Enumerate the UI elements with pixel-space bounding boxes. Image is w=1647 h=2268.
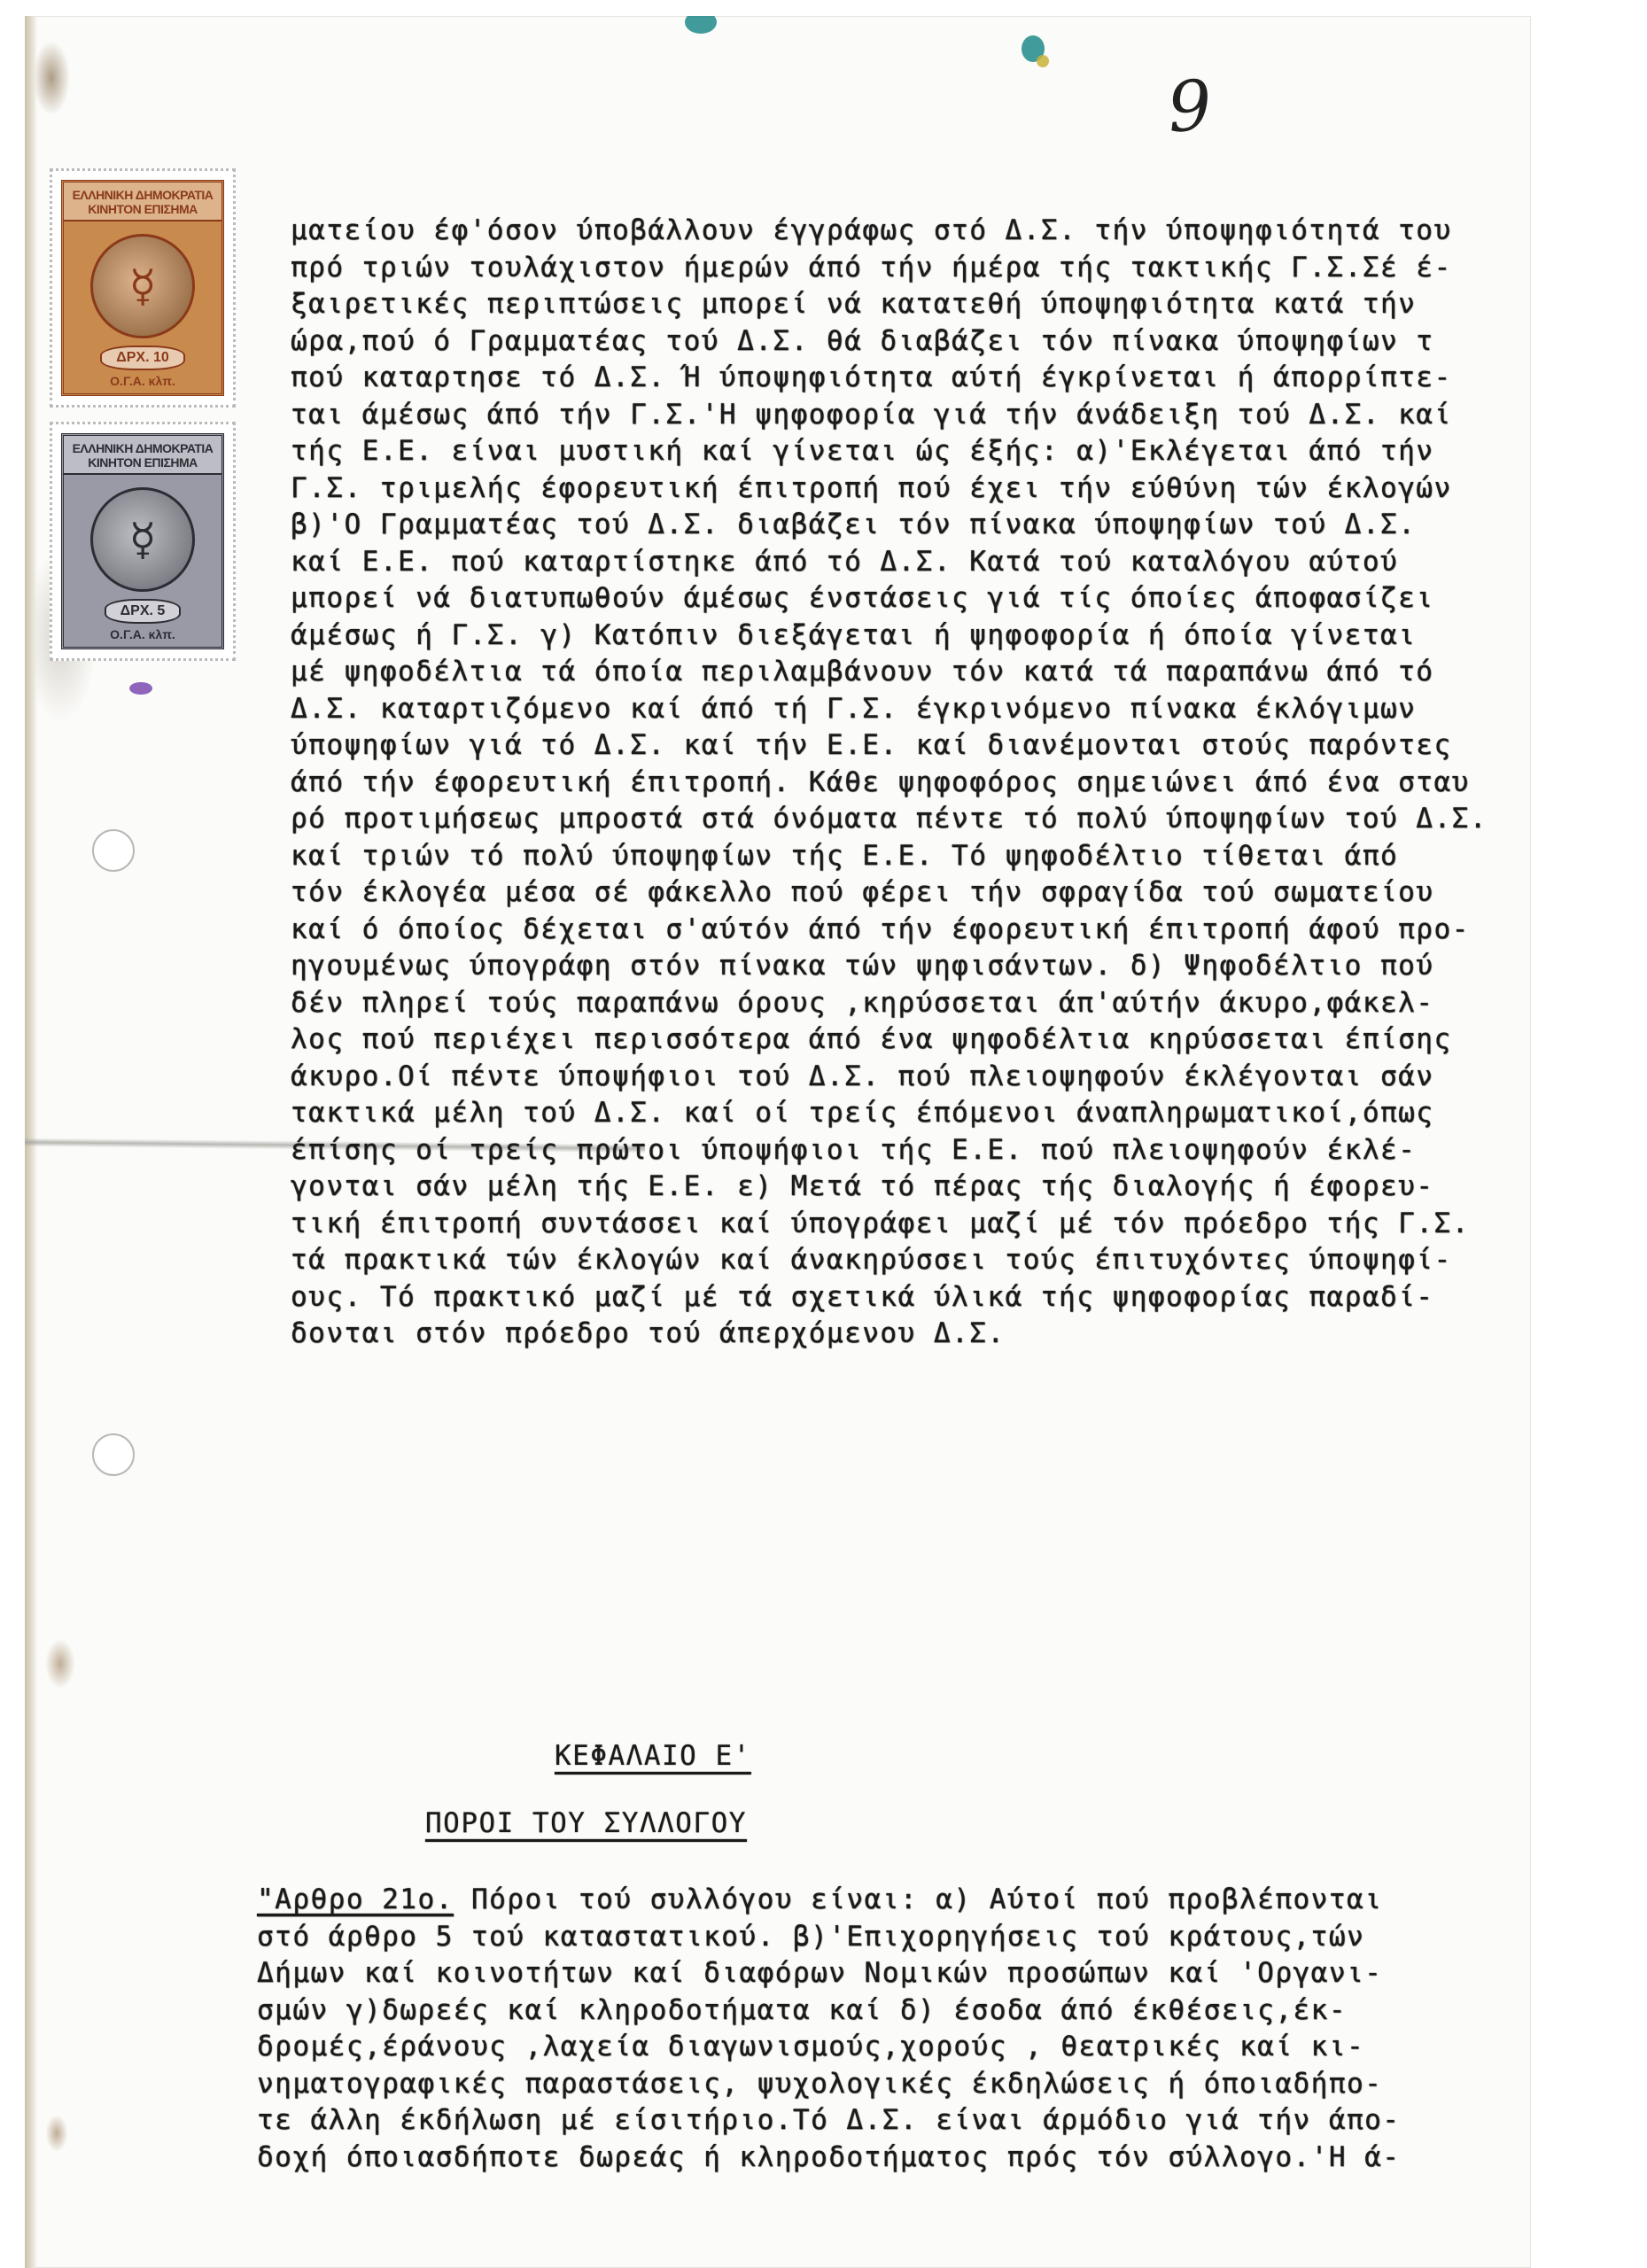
text-line: τε άλλη έκδήλωση μέ είσιτήριο.Τό Δ.Σ. εί… xyxy=(257,2102,1531,2140)
hermes-coin-icon: ☿ xyxy=(90,234,195,338)
stamp-value: ΔΡΧ. 5 xyxy=(105,599,182,624)
revenue-stamp-10: ΕΛΛΗΝΙΚΗ ΔΗΜΟΚΡΑΤΙΑ ΚΙΝΗΤΟΝ ΕΠΙΣΗΜΑ ☿ ΔΡ… xyxy=(50,168,236,408)
body-text: ματείου έφ'όσον ύποβάλλουν έγγράφως στό … xyxy=(291,213,1531,1353)
stamp-header: ΕΛΛΗΝΙΚΗ ΔΗΜΟΚΡΑΤΙΑ ΚΙΝΗΤΟΝ ΕΠΙΣΗΜΑ xyxy=(64,183,221,221)
revenue-stamp-5: ΕΛΛΗΝΙΚΗ ΔΗΜΟΚΡΑΤΙΑ ΚΙΝΗΤΟΝ ΕΠΙΣΗΜΑ ☿ ΔΡ… xyxy=(50,422,236,661)
article-first-line-text: Πόροι τού συλλόγου είναι: α) Αύτοί πού π… xyxy=(454,1884,1383,1915)
text-line: ηγουμένως ύπογράφη στόν πίνακα τών ψηφισ… xyxy=(291,948,1531,985)
text-line: καί τριών τό πολύ ύποψηφίων τής Ε.Ε. Τό … xyxy=(291,838,1531,875)
stamp-value: ΔΡΧ. 10 xyxy=(100,346,185,370)
text-line: ύποψηφίων γιά τό Δ.Σ. καί τήν Ε.Ε. καί δ… xyxy=(291,727,1531,765)
text-line: τής Ε.Ε. είναι μυστική καί γίνεται ώς έξ… xyxy=(291,433,1531,470)
punch-hole xyxy=(92,829,135,872)
text-line: ώρα,πού ό Γραμματέας τού Δ.Σ. θά διαβάζε… xyxy=(291,323,1531,361)
text-line: δονται στόν πρόεδρο τού άπερχόμενου Δ.Σ. xyxy=(291,1316,1531,1353)
text-line: ται άμέσως άπό τήν Γ.Σ.'Η ψηφοφορία γιά … xyxy=(291,397,1531,434)
stamp-header-line1: ΕΛΛΗΝΙΚΗ ΔΗΜΟΚΡΑΤΙΑ xyxy=(64,188,221,202)
stamp-header-line2: ΚΙΝΗΤΟΝ ΕΠΙΣΗΜΑ xyxy=(64,202,221,216)
stamp-frame: ΕΛΛΗΝΙΚΗ ΔΗΜΟΚΡΑΤΙΑ ΚΙΝΗΤΟΝ ΕΠΙΣΗΜΑ ☿ ΔΡ… xyxy=(61,433,224,649)
stamp-frame: ΕΛΛΗΝΙΚΗ ΔΗΜΟΚΡΑΤΙΑ ΚΙΝΗΤΟΝ ΕΠΙΣΗΜΑ ☿ ΔΡ… xyxy=(61,180,224,396)
text-line: τακτικά μέλη τού Δ.Σ. καί οί τρείς έπόμε… xyxy=(291,1095,1531,1132)
ink-stain xyxy=(129,682,152,695)
ink-stain xyxy=(685,16,717,34)
text-line: πρό τριών τουλάχιστον ήμερών άπό τήν ήμέ… xyxy=(291,250,1531,287)
hermes-coin-icon: ☿ xyxy=(90,487,195,592)
text-line: τική έπιτροπή συντάσσει καί ύπογράφει μα… xyxy=(291,1206,1531,1243)
punch-hole xyxy=(92,1433,135,1476)
chapter-label: ΚΕΦΑΛΑΙΟ Ε' xyxy=(555,1740,751,1772)
text-line: δέν πληρεί τούς παραπάνω όρους ,κηρύσσετ… xyxy=(291,985,1531,1022)
text-line: νηματογραφικές παραστάσεις, ψυχολογικές … xyxy=(257,2066,1531,2103)
ink-stain xyxy=(1037,55,1049,67)
text-line: ματείου έφ'όσον ύποβάλλουν έγγράφως στό … xyxy=(291,213,1531,250)
article-first-line: "Αρθρο 21ο. Πόροι τού συλλόγου είναι: α)… xyxy=(257,1882,1531,1919)
text-line: άμέσως ή Γ.Σ. γ) Κατόπιν διεξάγεται ή ψη… xyxy=(291,617,1531,655)
text-line: έπίσης οί τρείς πρώτοι ύποψήφιοι τής Ε.Ε… xyxy=(291,1132,1531,1169)
handwritten-page-number: 9 xyxy=(1165,66,1215,148)
stamp-header-line2: ΚΙΝΗΤΟΝ ΕΠΙΣΗΜΑ xyxy=(64,455,221,470)
text-line: γονται σάν μέλη τής Ε.Ε. ε) Μετά τό πέρα… xyxy=(291,1169,1531,1206)
text-line: στό άρθρο 5 τού καταστατικού. β)'Επιχορη… xyxy=(257,1919,1531,1956)
text-line: μέ ψηφοδέλτια τά όποία περιλαμβάνουν τόν… xyxy=(291,654,1531,691)
text-line: τόν έκλογέα μέσα σέ φάκελλο πού φέρει τή… xyxy=(291,874,1531,912)
article-label: "Αρθρο 21ο. xyxy=(257,1884,454,1915)
text-line: μπορεί νά διατυπωθούν άμέσως ένστάσεις γ… xyxy=(291,580,1531,617)
text-line: άπό τήν έφορευτική έπιτροπή. Κάθε ψηφοφό… xyxy=(291,765,1531,802)
text-line: άκυρο.Οί πέντε ύποψήφιοι τού Δ.Σ. πού πλ… xyxy=(291,1059,1531,1096)
text-line: καί ό όποίος δέχεται σ'αύτόν άπό τήν έφο… xyxy=(291,912,1531,949)
text-line: σμών γ)δωρεές καί κληροδοτήματα καί δ) έ… xyxy=(257,1992,1531,2030)
text-line: Δήμων καί κοινοτήτων καί διαφόρων Νομικώ… xyxy=(257,1955,1531,1992)
text-line: τά πρακτικά τών έκλογών καί άνακηρύσσει … xyxy=(291,1242,1531,1279)
stamp-footer: Ο.Γ.Α. κλπ. xyxy=(110,374,175,388)
text-line: ους. Τό πρακτικό μαζί μέ τά σχετικά ύλικ… xyxy=(291,1279,1531,1317)
text-line: ξαιρετικές περιπτώσεις μπορεί νά κατατεθ… xyxy=(291,286,1531,323)
document-page: 9 ΕΛΛΗΝΙΚΗ ΔΗΜΟΚΡΑΤΙΑ ΚΙΝΗΤΟΝ ΕΠΙΣΗΜΑ ☿ … xyxy=(25,16,1531,2268)
stamp-header-line1: ΕΛΛΗΝΙΚΗ ΔΗΜΟΚΡΑΤΙΑ xyxy=(64,441,221,455)
text-line: Γ.Σ. τριμελής έφορευτική έπιτροπή πού έχ… xyxy=(291,470,1531,508)
stamp-footer: Ο.Γ.Α. κλπ. xyxy=(110,627,175,641)
chapter-title: ΠΟΡΟΙ ΤΟΥ ΣΥΛΛΟΓΟΥ xyxy=(425,1807,747,1839)
text-line: δοχή όποιασδήποτε δωρεάς ή κληροδοτήματο… xyxy=(257,2140,1531,2177)
article-text: "Αρθρο 21ο. Πόροι τού συλλόγου είναι: α)… xyxy=(257,1882,1531,2176)
text-line: λος πού περιέχει περισσότερα άπό ένα ψηφ… xyxy=(291,1021,1531,1059)
text-line: πού καταρτησε τό Δ.Σ. Ή ύποψηφιότητα αύτ… xyxy=(291,360,1531,397)
text-line: Δ.Σ. καταρτιζόμενο καί άπό τή Γ.Σ. έγκρι… xyxy=(291,691,1531,728)
text-line: ρό προτιμήσεως μπροστά στά όνόματα πέντε… xyxy=(291,801,1531,838)
stamp-header: ΕΛΛΗΝΙΚΗ ΔΗΜΟΚΡΑΤΙΑ ΚΙΝΗΤΟΝ ΕΠΙΣΗΜΑ xyxy=(64,436,221,475)
text-line: δρομές,έράνους ,λαχεία διαγωνισμούς,χορο… xyxy=(257,2029,1531,2066)
text-line: β)'Ο Γραμματέας τού Δ.Σ. διαβάζει τόν πί… xyxy=(291,507,1531,544)
text-line: καί Ε.Ε. πού καταρτίστηκε άπό τό Δ.Σ. Κα… xyxy=(291,544,1531,581)
